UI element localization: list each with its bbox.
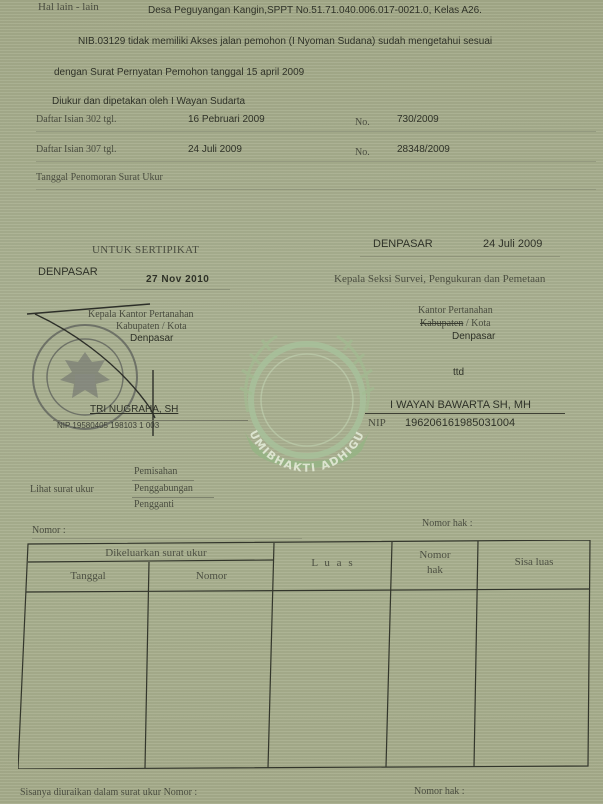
divider [36,131,596,132]
right-office-line-3: Denpasar [452,331,495,342]
daftar-isian-307-label: Daftar Isian 307 tgl. [36,144,117,155]
untuk-sertipikat-heading: UNTUK SERTIPIKAT [92,244,199,256]
table-header-nomor-hak: Nomor hak [392,548,478,578]
left-nip: NIP 19580405 198103 1 003 [57,421,159,430]
divider [120,289,230,290]
daftar-isian-307-number: 28348/2009 [397,144,450,155]
daftar-isian-302-number: 730/2009 [397,114,439,125]
option-pemisahan: Pemisahan [134,466,177,477]
divider [132,497,214,498]
daftar-isian-302-date: 16 Pebruari 2009 [188,114,265,125]
right-title: Kepala Seksi Survei, Pengukuran dan Peme… [334,273,545,285]
right-nip-value: 196206161985031004 [405,417,515,429]
table-header-sisa-luas: Sisa luas [478,556,590,568]
table-header-tanggal: Tanggal [28,570,148,582]
lihat-surat-ukur-label: Lihat surat ukur [30,484,94,495]
bhumibhakti-seal-icon: BHUMIBHAKTI ADHIGUNA [222,322,392,492]
left-signer-name: TRI NUGRAHA, SH [90,404,178,415]
divider [36,161,596,162]
nomor-label: Nomor : [32,525,66,536]
signature-line [365,413,565,414]
divider [32,538,302,539]
daftar-isian-307-date: 24 Juli 2009 [188,144,242,155]
tanggal-penomoran-label: Tanggal Penomoran Surat Ukur [36,172,163,183]
table-header-nomor: Nomor [149,570,274,582]
divider [36,189,596,190]
right-office-line-2: / Kota [463,318,490,329]
right-city: DENPASAR [373,238,433,250]
option-penggabungan: Penggabungan [134,483,193,494]
hal-lain-line-2: NIB.03129 tidak memiliki Akses jalan pem… [78,36,492,47]
nomor-hak-label: Nomor hak : [422,518,473,529]
left-date: 27 Nov 2010 [146,274,209,285]
hal-lain-label: Hal lain - lain [38,1,99,13]
right-signer-name: I WAYAN BAWARTA SH, MH [390,399,531,411]
footer-nomor-hak-label: Nomor hak : [414,786,465,797]
right-date: 24 Juli 2009 [483,238,542,250]
sisanya-label: Sisanya diuraikan dalam surat ukur Nomor… [20,787,197,798]
table-header-luas: L u a s [274,557,392,569]
left-office-line-3: Denpasar [130,333,173,344]
left-office-line-1: Kepala Kantor Pertanahan [88,309,194,320]
surat-ukur-table: Dikeluarkan surat ukur Tanggal Nomor L u… [18,540,593,769]
hal-lain-line-3: dengan Surat Pernyatan Pemohon tanggal 1… [54,67,304,78]
daftar-isian-302-label: Daftar Isian 302 tgl. [36,114,117,125]
table-header-dikeluarkan: Dikeluarkan surat ukur [38,547,274,559]
left-office-line-2: Kabupaten / Kota [116,321,187,332]
option-pengganti: Pengganti [134,499,174,510]
right-nip-label: NIP [368,417,386,429]
right-office-kabupaten-struck: Kabupaten [420,318,463,329]
divider [132,480,194,481]
ttd-mark: ttd [453,367,464,378]
hal-lain-line-1: Desa Peguyangan Kangin,SPPT No.51.71.040… [148,5,482,16]
hal-lain-line-4: Diukur dan dipetakan oleh I Wayan Sudart… [52,96,245,107]
daftar-isian-302-no-label: No. [355,117,370,128]
right-office-line-1: Kantor Pertanahan [418,305,493,316]
left-city: DENPASAR [38,266,98,278]
divider [360,256,560,257]
daftar-isian-307-no-label: No. [355,147,370,158]
